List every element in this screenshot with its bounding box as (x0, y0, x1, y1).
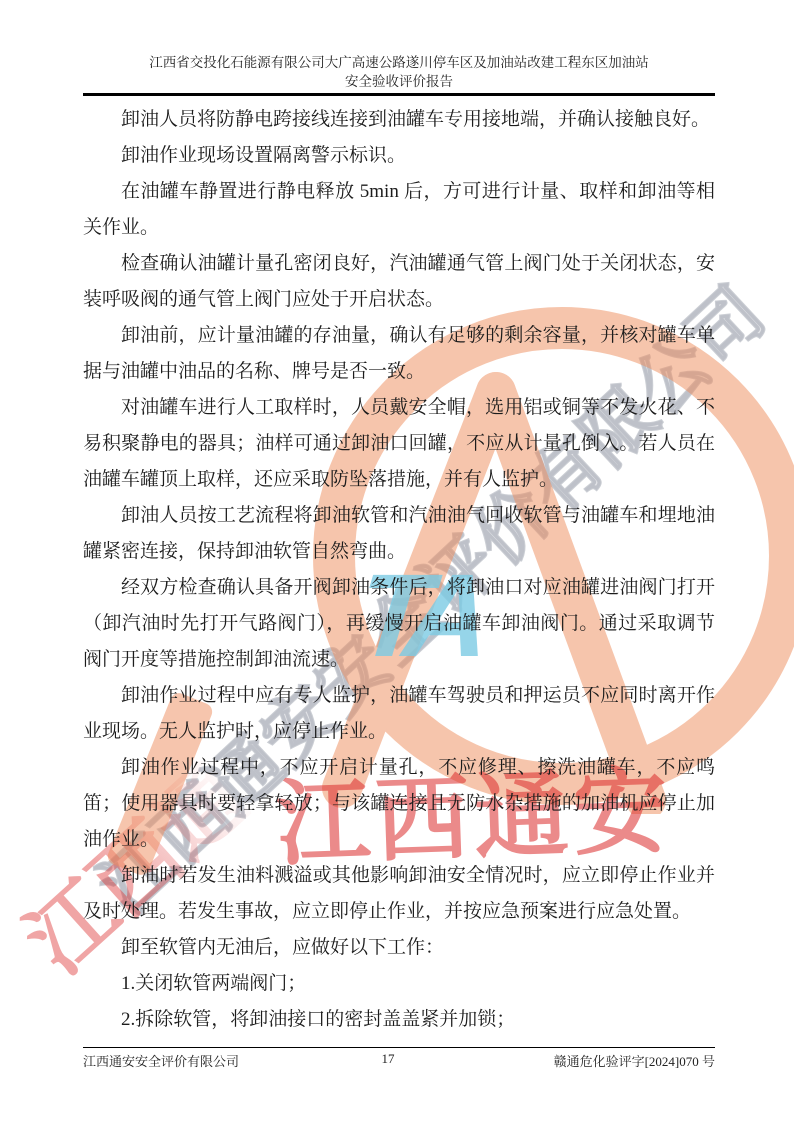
paragraph: 卸油时若发生油料溅溢或其他影响卸油安全情况时，应立即停止作业并及时处理。若发生事… (83, 858, 715, 930)
page-footer: 17 江西通安安全评价有限公司 赣通危化验评字[2024]070 号 (83, 1051, 715, 1070)
paragraph: 卸油人员按工艺流程将卸油软管和汽油油气回收软管与油罐车和埋地油罐紧密连接，保持卸… (83, 498, 715, 570)
header-project-title: 江西省交投化石能源有限公司大广高速公路遂川停车区及加油站改建工程东区加油站 (83, 53, 715, 72)
paragraph: 卸至软管内无油后，应做好以下工作： (83, 930, 715, 966)
paragraph: 卸油作业现场设置隔离警示标识。 (83, 138, 715, 174)
paragraph: 1.关闭软管两端阀门； (83, 966, 715, 1002)
page-content: 江西省交投化石能源有限公司大广高速公路遂川停车区及加油站改建工程东区加油站 安全… (0, 0, 794, 1123)
page-header: 江西省交投化石能源有限公司大广高速公路遂川停车区及加油站改建工程东区加油站 安全… (83, 53, 715, 91)
paragraph: 2.拆除软管，将卸油接口的密封盖盖紧并加锁； (83, 1002, 715, 1038)
header-rule (83, 93, 715, 96)
paragraph: 经双方检查确认具备开阀卸油条件后，将卸油口对应油罐进油阀门打开（卸汽油时先打开气… (83, 570, 715, 678)
paragraph: 检查确认油罐计量孔密闭良好，汽油罐通气管上阀门处于关闭状态，安装呼吸阀的通气管上… (83, 246, 715, 318)
footer-doc-number: 赣通危化验评字[2024]070 号 (554, 1051, 715, 1070)
paragraph: 在油罐车静置进行静电释放 5min 后，方可进行计量、取样和卸油等相关作业。 (83, 174, 715, 246)
paragraph: 卸油作业过程中应有专人监护，油罐车驾驶员和押运员不应同时离开作业现场。无人监护时… (83, 678, 715, 750)
footer-company: 江西通安安全评价有限公司 (83, 1051, 239, 1070)
document-page: 江西通安安全评价有限公司 江西通安 TA 江西通安 江西省交投化石能源有限公司大… (0, 0, 794, 1123)
paragraph: 对油罐车进行人工取样时，人员戴安全帽，选用铝或铜等不发火花、不易积聚静电的器具；… (83, 390, 715, 498)
body-text: 卸油人员将防静电跨接线连接到油罐车专用接地端，并确认接触良好。卸油作业现场设置隔… (83, 102, 715, 1038)
header-report-title: 安全验收评价报告 (83, 72, 715, 91)
paragraph: 卸油人员将防静电跨接线连接到油罐车专用接地端，并确认接触良好。 (83, 102, 715, 138)
paragraph: 卸油前，应计量油罐的存油量，确认有足够的剩余容量，并核对罐车单据与油罐中油品的名… (83, 318, 715, 390)
footer-rule (83, 1047, 715, 1048)
paragraph: 卸油作业过程中，不应开启计量孔，不应修理、擦洗油罐车，不应鸣笛；使用器具时要轻拿… (83, 750, 715, 858)
